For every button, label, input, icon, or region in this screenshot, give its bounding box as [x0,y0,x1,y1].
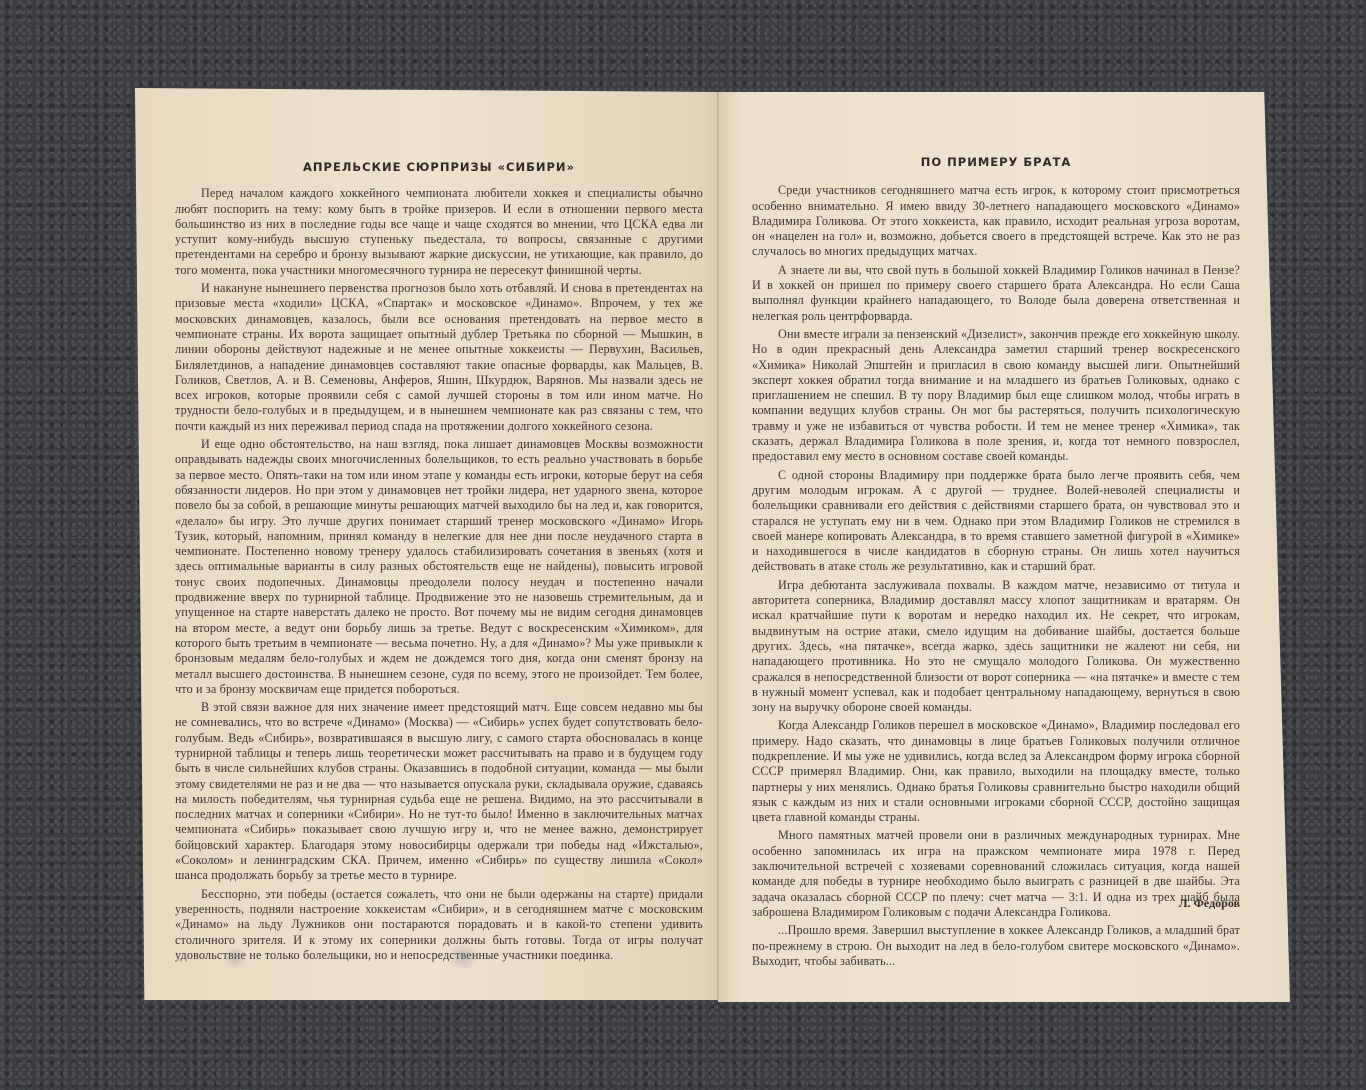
left-paragraph: Перед началом каждого хоккейного чемпион… [175,186,703,278]
right-paragraph: А знаете ли вы, что свой путь в большой … [752,263,1240,324]
right-paragraph: Они вместе играли за пензенский «Дизелис… [752,327,1240,465]
left-article: АПРЕЛЬСКИЕ СЮРПРИЗЫ «СИБИРИ» Перед начал… [175,160,703,966]
right-article: ПО ПРИМЕРУ БРАТА Среди участников сегодн… [752,155,1240,972]
left-article-title: АПРЕЛЬСКИЕ СЮРПРИЗЫ «СИБИРИ» [175,160,703,175]
right-paragraph: Среди участников сегодняшнего матча есть… [752,183,1240,259]
right-article-title: ПО ПРИМЕРУ БРАТА [752,155,1240,170]
ink-smudge [445,945,481,969]
left-paragraph: Бесспорно, эти победы (остается сожалеть… [175,887,703,963]
left-paragraph: В этой связи важное для них значение име… [175,700,703,884]
left-paragraph: И еще одно обстоятельство, на наш взгляд… [175,437,703,697]
ink-smudge [222,948,248,968]
right-paragraph: ...Прошло время. Завершил выступление в … [752,923,1240,969]
right-paragraph: Игра дебютанта заслуживала похвалы. В ка… [752,578,1240,716]
booklet-spine [717,92,719,1000]
open-booklet: АПРЕЛЬСКИЕ СЮРПРИЗЫ «СИБИРИ» Перед начал… [0,0,1366,1090]
left-paragraph: И накануне нынешнего первенства прогнозо… [175,281,703,434]
right-paragraph: С одной стороны Владимиру при поддержке … [752,468,1240,575]
author-signature: Л. Федоров [1150,896,1240,911]
right-paragraph: Когда Александр Голиков перешел в москов… [752,718,1240,825]
